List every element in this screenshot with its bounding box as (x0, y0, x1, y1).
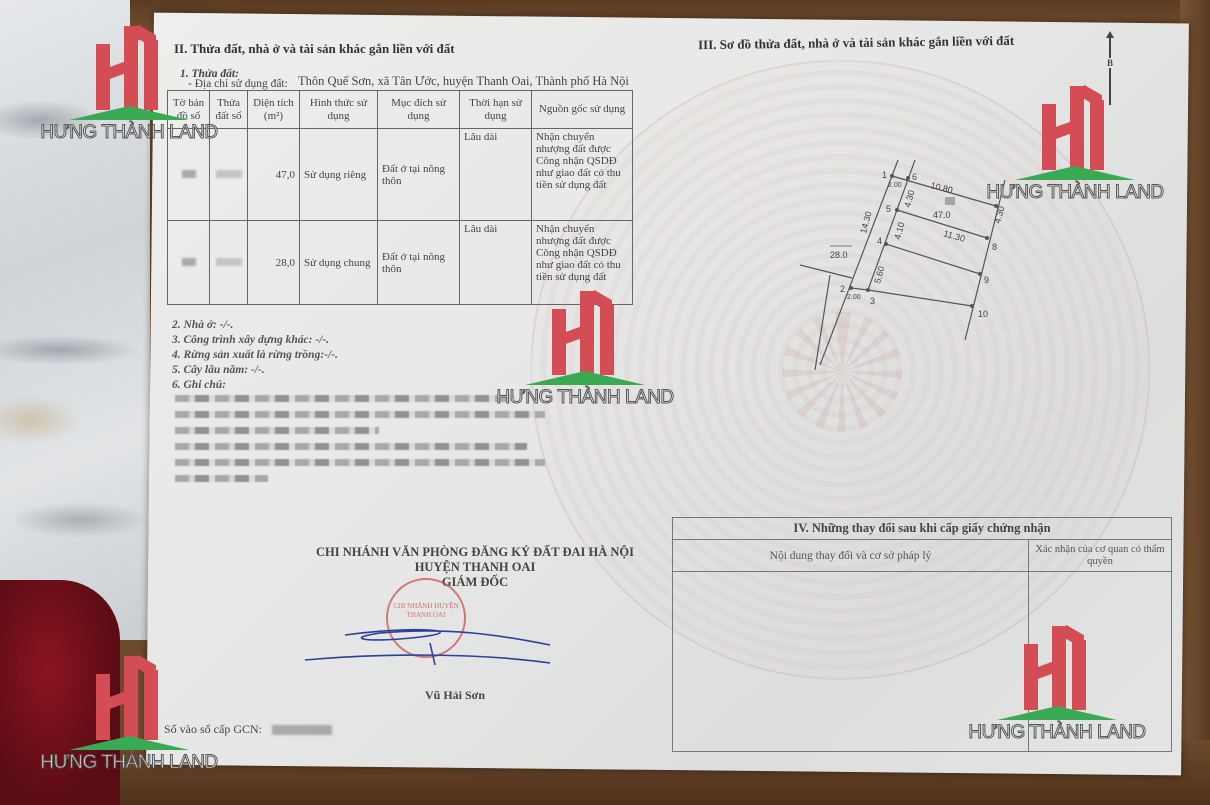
col-authority-confirmation: Xác nhận của cơ quan có thẩm quyền (1029, 540, 1172, 572)
watermark-logo: HƯNG THÀNH LAND (34, 20, 224, 144)
item-production-forest: 4. Rừng sản xuất là rừng trồng:-/-. (172, 348, 338, 363)
point-label: 6 (912, 172, 917, 182)
col-area: Diện tích (m²) (248, 91, 300, 129)
col-term: Thời hạn sử dụng (460, 91, 532, 129)
north-label: B (1107, 58, 1113, 68)
table-row: 47,0 Sử dụng riêng Đất ở tại nông thôn L… (168, 129, 633, 221)
redacted-value (182, 170, 196, 178)
roof-icon (1015, 166, 1135, 180)
watermark-text: HƯNG THÀNH LAND (34, 752, 224, 774)
redacted-notes (175, 395, 545, 505)
edge-label: 4.10 (892, 221, 906, 241)
issuing-office: CHI NHÁNH VĂN PHÒNG ĐĂNG KÝ ĐẤT ĐAI HÀ N… (300, 545, 650, 560)
purpose-cell: Đất ở tại nông thôn (378, 129, 460, 221)
watermark-logo: HƯNG THÀNH LAND (962, 620, 1152, 744)
other-assets-list: 2. Nhà ở: -/-. 3. Công trình xây dựng kh… (172, 318, 338, 393)
area-label: 47.0 (933, 210, 951, 220)
point-label: 2 (840, 284, 845, 294)
parcel-no-cell (210, 221, 248, 305)
point-label: 1 (882, 170, 887, 180)
issuing-district: HUYỆN THANH OAI (300, 560, 650, 575)
watermark-logo: HƯNG THÀNH LAND (490, 285, 680, 409)
redacted-value (216, 258, 242, 266)
item-other-construction: 3. Công trình xây dựng khác: -/-. (172, 333, 338, 348)
redacted-value (945, 197, 955, 205)
roof-icon (525, 371, 645, 385)
item-perennial-trees: 5. Cây lâu năm: -/-. (172, 363, 338, 378)
edge-label: 4.30 (902, 189, 916, 209)
redacted-value (182, 258, 196, 266)
watermark-logo: HƯNG THÀNH LAND (980, 80, 1170, 204)
section-4-title: IV. Những thay đổi sau khi cấp giấy chứn… (673, 518, 1172, 540)
point-label: 10 (978, 309, 988, 319)
ht-logo-icon (548, 285, 622, 375)
ht-logo-icon (92, 650, 166, 740)
edge-label: 2.00 (888, 182, 902, 189)
point-label: 8 (992, 242, 997, 252)
watermark-text: HƯNG THÀNH LAND (962, 722, 1152, 744)
ht-logo-icon (1020, 620, 1094, 710)
map-sheet-cell (168, 221, 210, 305)
table-header-row: Tờ bản đồ số Thửa đất số Diện tích (m²) … (168, 91, 633, 129)
term-cell: Lâu dài (460, 129, 532, 221)
purpose-cell: Đất ở tại nông thôn (378, 221, 460, 305)
watermark-text: HƯNG THÀNH LAND (490, 387, 680, 409)
col-usage-form: Hình thức sử dụng (300, 91, 378, 129)
origin-cell: Nhận chuyển nhượng đất được Công nhận QS… (532, 129, 633, 221)
edge-label: 5.60 (872, 265, 886, 285)
col-purpose: Mục đích sử dụng (378, 91, 460, 129)
edge-label: 4.30 (992, 205, 1006, 225)
roof-icon (69, 736, 189, 750)
redacted-value (272, 725, 332, 735)
item-notes: 6. Ghi chú: (172, 378, 338, 393)
point-label: 5 (886, 204, 891, 214)
address-value: Thôn Quế Sơn, xã Tân Ước, huyện Thanh Oa… (298, 74, 629, 89)
usage-form-cell: Sử dụng chung (300, 221, 378, 305)
area-cell: 47,0 (248, 129, 300, 221)
roof-icon (69, 106, 189, 120)
ht-logo-icon (1038, 80, 1112, 170)
area-cell: 28,0 (248, 221, 300, 305)
point-label: 3 (870, 296, 875, 306)
col-origin: Nguồn gốc sử dụng (532, 91, 633, 129)
usage-form-cell: Sử dụng riêng (300, 129, 378, 221)
redacted-value (216, 170, 242, 178)
watermark-text: HƯNG THÀNH LAND (34, 122, 224, 144)
watermark-text: HƯNG THÀNH LAND (980, 182, 1170, 204)
point-label: 9 (984, 275, 989, 285)
edge-label: 10.80 (930, 180, 954, 195)
point-label: 4 (877, 236, 882, 246)
area-label: 28.0 (830, 250, 848, 260)
item-house: 2. Nhà ở: -/-. (172, 318, 338, 333)
signer-position: GIÁM ĐỐC (300, 575, 650, 590)
edge-label: 2.00 (847, 294, 861, 301)
roof-icon (997, 706, 1117, 720)
handwritten-signature (300, 625, 620, 675)
col-change-content: Nội dung thay đổi và cơ sở pháp lý (673, 540, 1029, 572)
watermark-logo: HƯNG THÀNH LAND (34, 650, 224, 774)
ht-logo-icon (92, 20, 166, 110)
signer-name: Vũ Hải Sơn (425, 688, 485, 703)
signature-block: CHI NHÁNH VĂN PHÒNG ĐĂNG KÝ ĐẤT ĐAI HÀ N… (300, 545, 650, 590)
land-parcel-table: Tờ bản đồ số Thửa đất số Diện tích (m²) … (167, 90, 633, 305)
